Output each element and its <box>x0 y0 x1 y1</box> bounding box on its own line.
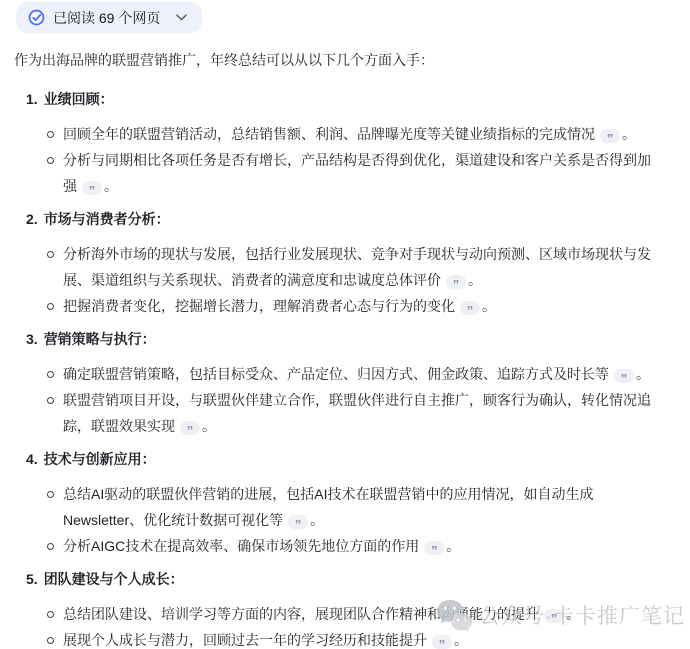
citation-badge[interactable]: ” <box>288 515 308 529</box>
bullet-text: 把握消费者变化，挖掘增长潜力，理解消费者心态与行为的变化 <box>63 298 455 314</box>
section-number: 3. <box>26 331 38 347</box>
chat-response: 已阅读 69 个网页 作为出海品牌的联盟营销推广，年终总结可以从以下几个方面入手… <box>0 0 690 649</box>
bullet-period: 。 <box>454 632 468 648</box>
bullet-period: 。 <box>636 366 650 382</box>
bullet-text: 联盟营销项目开设，与联盟伙伴建立合作，联盟伙伴进行自主推广，顾客行为确认，转化情… <box>63 392 651 434</box>
bullet-period: 。 <box>202 418 216 434</box>
bullet-item: 分析AIGC技术在提高效率、确保市场领先地位方面的作用”。 <box>14 533 657 559</box>
bullet-period: 。 <box>468 272 482 288</box>
bullet-item: 总结AI驱动的联盟伙伴营销的进展，包括AI技术在联盟营销中的应用情况，如自动生成… <box>14 481 657 533</box>
citation-badge[interactable]: ” <box>432 635 452 649</box>
citation-badge[interactable]: ” <box>544 609 564 623</box>
section-bullets: 回顾全年的联盟营销活动，总结销售额、利润、品牌曝光度等关键业绩指标的完成情况”。… <box>14 121 676 199</box>
bullet-item: 分析与同期相比各项任务是否有增长，产品结构是否得到优化，渠道建设和客户关系是否得… <box>14 147 657 199</box>
bullet-period: 。 <box>104 178 118 194</box>
section-bullets: 总结AI驱动的联盟伙伴营销的进展，包括AI技术在联盟营销中的应用情况，如自动生成… <box>14 481 676 559</box>
section-bullets: 总结团队建设、培训学习等方面的内容，展现团队合作精神和沟通能力的提升”。 展现个… <box>14 601 676 649</box>
bullet-item: 确定联盟营销策略，包括目标受众、产品定位、归因方式、佣金政策、追踪方式及时长等”… <box>14 361 657 387</box>
section-heading: 4.技术与创新应用： <box>14 449 676 469</box>
bullet-item: 回顾全年的联盟营销活动，总结销售额、利润、品牌曝光度等关键业绩指标的完成情况”。 <box>14 121 657 147</box>
intro-text: 作为出海品牌的联盟营销推广，年终总结可以从以下几个方面入手： <box>14 49 676 71</box>
bullet-text: 确定联盟营销策略，包括目标受众、产品定位、归因方式、佣金政策、追踪方式及时长等 <box>63 366 609 382</box>
section-heading: 2.市场与消费者分析： <box>14 209 676 229</box>
check-circle-icon <box>28 9 45 26</box>
bullet-text: 总结团队建设、培训学习等方面的内容，展现团队合作精神和沟通能力的提升 <box>63 606 539 622</box>
bullet-text: 展现个人成长与潜力，回顾过去一年的学习经历和技能提升 <box>63 632 427 648</box>
bullet-item: 总结团队建设、培训学习等方面的内容，展现团队合作精神和沟通能力的提升”。 <box>14 601 657 627</box>
section-title: 技术与创新应用： <box>44 451 156 467</box>
bullet-period: 。 <box>310 512 324 528</box>
bullet-period: 。 <box>482 298 496 314</box>
section-item: 3.营销策略与执行： 确定联盟营销策略，包括目标受众、产品定位、归因方式、佣金政… <box>14 329 676 439</box>
bullet-text: 分析海外市场的现状与发展，包括行业发展现状、竞争对手现状与动向预测、区域市场现状… <box>63 246 651 288</box>
section-bullets: 确定联盟营销策略，包括目标受众、产品定位、归因方式、佣金政策、追踪方式及时长等”… <box>14 361 676 439</box>
section-number: 2. <box>26 211 38 227</box>
section-number: 4. <box>26 451 38 467</box>
section-title: 业绩回顾： <box>44 91 114 107</box>
bullet-period: 。 <box>622 126 636 142</box>
section-title: 市场与消费者分析： <box>44 211 170 227</box>
citation-badge[interactable]: ” <box>82 181 102 195</box>
section-heading: 5.团队建设与个人成长： <box>14 569 676 589</box>
section-number: 5. <box>26 571 38 587</box>
section-item: 5.团队建设与个人成长： 总结团队建设、培训学习等方面的内容，展现团队合作精神和… <box>14 569 676 649</box>
bullet-period: 。 <box>446 538 460 554</box>
bullet-text: 回顾全年的联盟营销活动，总结销售额、利润、品牌曝光度等关键业绩指标的完成情况 <box>63 126 595 142</box>
citation-badge[interactable]: ” <box>460 301 480 315</box>
citation-badge[interactable]: ” <box>614 369 634 383</box>
bullet-period: 。 <box>566 606 580 622</box>
section-item: 1.业绩回顾： 回顾全年的联盟营销活动，总结销售额、利润、品牌曝光度等关键业绩指… <box>14 89 676 199</box>
citation-badge[interactable]: ” <box>180 421 200 435</box>
section-item: 4.技术与创新应用： 总结AI驱动的联盟伙伴营销的进展，包括AI技术在联盟营销中… <box>14 449 676 559</box>
citation-badge[interactable]: ” <box>424 541 444 555</box>
section-title: 团队建设与个人成长： <box>44 571 184 587</box>
bullet-item: 把握消费者变化，挖掘增长潜力，理解消费者心态与行为的变化”。 <box>14 293 657 319</box>
citation-badge[interactable]: ” <box>600 129 620 143</box>
bullet-item: 展现个人成长与潜力，回顾过去一年的学习经历和技能提升”。 <box>14 627 657 649</box>
bullet-item: 联盟营销项目开设，与联盟伙伴建立合作，联盟伙伴进行自主推广，顾客行为确认，转化情… <box>14 387 657 439</box>
citation-badge[interactable]: ” <box>446 275 466 289</box>
section-number: 1. <box>26 91 38 107</box>
bullet-text: 分析AIGC技术在提高效率、确保市场领先地位方面的作用 <box>63 538 419 554</box>
section-item: 2.市场与消费者分析： 分析海外市场的现状与发展，包括行业发展现状、竞争对手现状… <box>14 209 676 319</box>
section-bullets: 分析海外市场的现状与发展，包括行业发展现状、竞争对手现状与动向预测、区域市场现状… <box>14 241 676 319</box>
section-heading: 1.业绩回顾： <box>14 89 676 109</box>
read-pages-pill[interactable]: 已阅读 69 个网页 <box>16 2 202 33</box>
bullet-text: 总结AI驱动的联盟伙伴营销的进展，包括AI技术在联盟营销中的应用情况，如自动生成… <box>63 486 593 528</box>
summary-list: 1.业绩回顾： 回顾全年的联盟营销活动，总结销售额、利润、品牌曝光度等关键业绩指… <box>14 89 676 649</box>
bullet-item: 分析海外市场的现状与发展，包括行业发展现状、竞争对手现状与动向预测、区域市场现状… <box>14 241 657 293</box>
chevron-down-icon <box>176 14 187 21</box>
section-title: 营销策略与执行： <box>44 331 156 347</box>
read-pages-label: 已阅读 69 个网页 <box>53 8 160 28</box>
bullet-text: 分析与同期相比各项任务是否有增长，产品结构是否得到优化，渠道建设和客户关系是否得… <box>63 152 651 194</box>
section-heading: 3.营销策略与执行： <box>14 329 676 349</box>
